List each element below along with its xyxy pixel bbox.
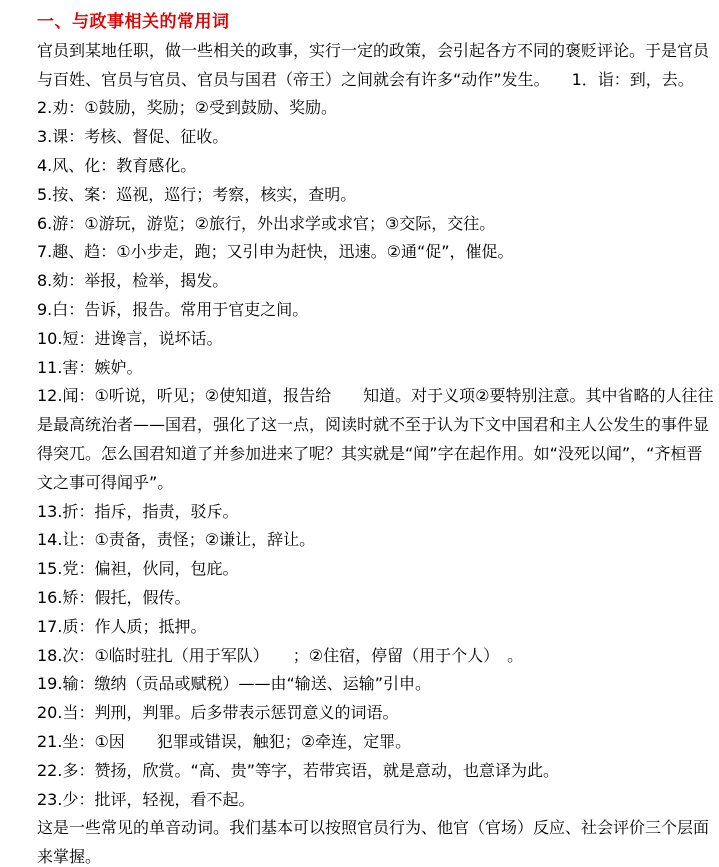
entry-2: 2.劝：①鼓励，奖励；②受到鼓励、奖励。 [37,94,717,123]
document-page: 一、与政事相关的常用词 官员到某地任职，做一些相关的政事，实行一定的政策，会引起… [0,0,719,867]
entry-7: 7.趣、趋：①小步走，跑；又引申为赶快，迅速。②通“促”，催促。 [37,238,717,267]
entry-10: 10.短：进谗言，说坏话。 [37,325,717,354]
entry-23: 23.少：批评，轻视，看不起。 [37,786,717,815]
entry-14: 14.让：①责备，责怪；②谦让，辞让。 [37,526,717,555]
closing-paragraph: 这是一些常见的单音动词。我们基本可以按照官员行为、他官（官场）反应、社会评价三个… [37,814,717,867]
entry-6: 6.游：①游玩，游览；②旅行，外出求学或求官；③交际，交往。 [37,210,717,239]
entry-21: 21.坐：①因 犯罪或错误，触犯；②牵连，定罪。 [37,728,717,757]
entry-8: 8.劾：举报，检举，揭发。 [37,267,717,296]
entry-3: 3.课：考核、督促、征收。 [37,123,717,152]
entry-11: 11.害：嫉妒。 [37,354,717,383]
intro-paragraph: 官员到某地任职，做一些相关的政事，实行一定的政策，会引起各方不同的褒贬评论。于是… [37,37,717,95]
entry-18: 18.次：①临时驻扎（用于军队） ；②住宿，停留（用于个人） 。 [37,642,717,671]
entry-4: 4.风、化：教育感化。 [37,152,717,181]
entry-1: 1．诣：到，去。 [550,70,694,89]
entry-22: 22.多：赞扬，欣赏。“高、贵”等字，若带宾语，就是意动，也意译为此。 [37,757,717,786]
doc-title: 一、与政事相关的常用词 [37,8,717,37]
entry-5: 5.按、案：巡视，巡行；考察，核实，查明。 [37,181,717,210]
entry-12: 12.闻：①听说，听见；②使知道，报告给 知道。对于义项②要特别注意。其中省略的… [37,382,717,497]
entry-15: 15.党：偏袒，伙同，包庇。 [37,555,717,584]
entry-19: 19.输：缴纳（贡品或赋税）——由“输送、运输”引申。 [37,670,717,699]
entry-13: 13.折：指斥，指责，驳斥。 [37,498,717,527]
entry-20: 20.当：判刑，判罪。后多带表示惩罚意义的词语。 [37,699,717,728]
entry-9: 9.白：告诉，报告。常用于官吏之间。 [37,296,717,325]
entry-16: 16.矫：假托，假传。 [37,584,717,613]
entry-17: 17.质：作人质；抵押。 [37,613,717,642]
